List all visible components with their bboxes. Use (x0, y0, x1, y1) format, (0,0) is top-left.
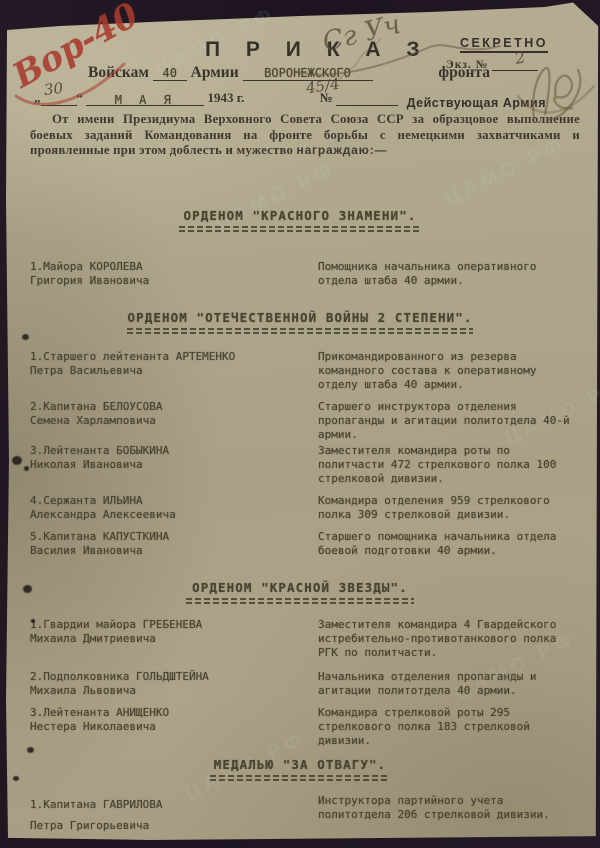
ink-blot (22, 334, 29, 340)
order-title: П Р И К А З (205, 38, 430, 62)
troops-word: Войскам (88, 64, 149, 81)
entry-name: 2.Подполковника ГОЛЬДШТЕЙНА Михаила Льво… (30, 670, 318, 698)
entry-description: Начальника отделения пропаганды и агитац… (318, 670, 574, 698)
entry-description: Командира отделения 959 стрелкового полк… (318, 494, 574, 522)
award-entry: 2.Капитана БЕЛОУСОВА Семена Харламповича… (30, 400, 574, 442)
entry-name: 1.Старшего лейтенанта АРТЕМЕНКО Петра Ва… (30, 350, 318, 392)
order-number-blank (336, 92, 398, 106)
section-underline (210, 775, 390, 782)
entry-description: Командира стрелковой роты 295 стрелковог… (318, 706, 574, 748)
entry-description: Заместителя командира 4 Гвардейского ист… (318, 618, 574, 660)
entry-name: 5.Капитана КАПУСТКИНА Василия Ивановича (30, 530, 318, 558)
award-entry: 1.Гвардии майора ГРЕБЕНЕВА Михаила Дмитр… (30, 618, 574, 660)
awarding-word: награждаю:— (297, 143, 388, 157)
entry-name: 1.Капитана ГАВРИЛОВА Петра Григорьевича (30, 794, 318, 836)
army-number: 40 (153, 66, 187, 81)
date-line: „“ М А Я 1943 г. № (34, 90, 398, 106)
ink-blot (27, 747, 34, 753)
ink-blot (23, 585, 32, 593)
addressee-line: Войскам 40 Армии ВОРОНЕЖСКОГО фронта (88, 64, 490, 82)
entry-name: 3.Лейтенанта БОБЫКИНА Николая Ивановича (30, 444, 318, 486)
ink-blot (12, 456, 22, 465)
ink-blot (24, 466, 29, 471)
award-entry: 1.Капитана ГАВРИЛОВА Петра Григорьевича … (30, 794, 574, 836)
section-underline (179, 226, 421, 233)
award-entry: 5.Капитана КАПУСТКИНА Василия Ивановича … (30, 530, 574, 558)
entry-name: 2.Капитана БЕЛОУСОВА Семена Харламповича (30, 400, 318, 442)
award-entry: 1.Майора КОРОЛЕВА Григория Ивановича Пом… (30, 260, 574, 288)
entry-name: 3.Лейтенанта АНИЩЕНКО Нестера Николаевич… (30, 706, 318, 748)
front-word: фронта (438, 64, 490, 81)
secret-stamp: СЕКРЕТНО (460, 36, 548, 53)
month-blank: М А Я (86, 92, 204, 106)
entry-name: 1.Майора КОРОЛЕВА Григория Ивановича (30, 260, 318, 288)
entry-description: Старшего помощника начальника отдела бое… (318, 530, 574, 558)
entry-name: 1.Гвардии майора ГРЕБЕНЕВА Михаила Дмитр… (30, 618, 318, 660)
award-entry: 1.Старшего лейтенанта АРТЕМЕНКО Петра Ва… (30, 350, 574, 392)
section-heading-red-star: ОРДЕНОМ "КРАСНОЙ ЗВЕЗДЫ". (0, 580, 600, 595)
award-entry: 3.Лейтенанта БОБЫКИНА Николая Ивановича … (30, 444, 574, 486)
section-heading-red-banner: ОРДЕНОМ "КРАСНОГО ЗНАМЕНИ". (0, 208, 600, 223)
section-underline (186, 598, 414, 605)
preamble-paragraph: От имени Президиума Верховного Совета Со… (30, 112, 580, 159)
entry-description: Помощника начальника оперативного отдела… (318, 260, 574, 288)
close-quote: “ (77, 90, 84, 105)
award-entry: 4.Сержанта ИЛЬИНА Александра Алексеевича… (30, 494, 574, 522)
award-entry: 2.Подполковника ГОЛЬДШТЕЙНА Михаила Льво… (30, 670, 574, 698)
ink-blot (31, 619, 35, 623)
section-heading-medal-for-courage: МЕДАЛЬЮ "ЗА ОТВАГУ". (0, 757, 600, 772)
entry-description: Заместителя командира роты по политчасти… (318, 444, 574, 486)
entry-description: Инструктора партийного учета политотдела… (318, 794, 574, 836)
entry-description: Старшего инструктора отделения пропаганд… (318, 400, 574, 442)
acting-army-label: Действующая Армия (407, 96, 546, 110)
year: 1943 г. (208, 90, 245, 105)
entry-description: Прикомандированного из резерва командног… (318, 350, 574, 392)
army-word: Армии (191, 64, 239, 81)
section-heading-patriotic-war: ОРДЕНОМ "ОТЕЧЕСТВЕННОЙ ВОЙНЫ 2 СТЕПЕНИ". (0, 310, 600, 325)
award-entry: 3.Лейтенанта АНИЩЕНКО Нестера Николаевич… (30, 706, 574, 748)
ink-blot (13, 776, 19, 781)
entry-name: 4.Сержанта ИЛЬИНА Александра Алексеевича (30, 494, 318, 522)
month: М А Я (115, 93, 176, 107)
section-underline (127, 328, 473, 335)
